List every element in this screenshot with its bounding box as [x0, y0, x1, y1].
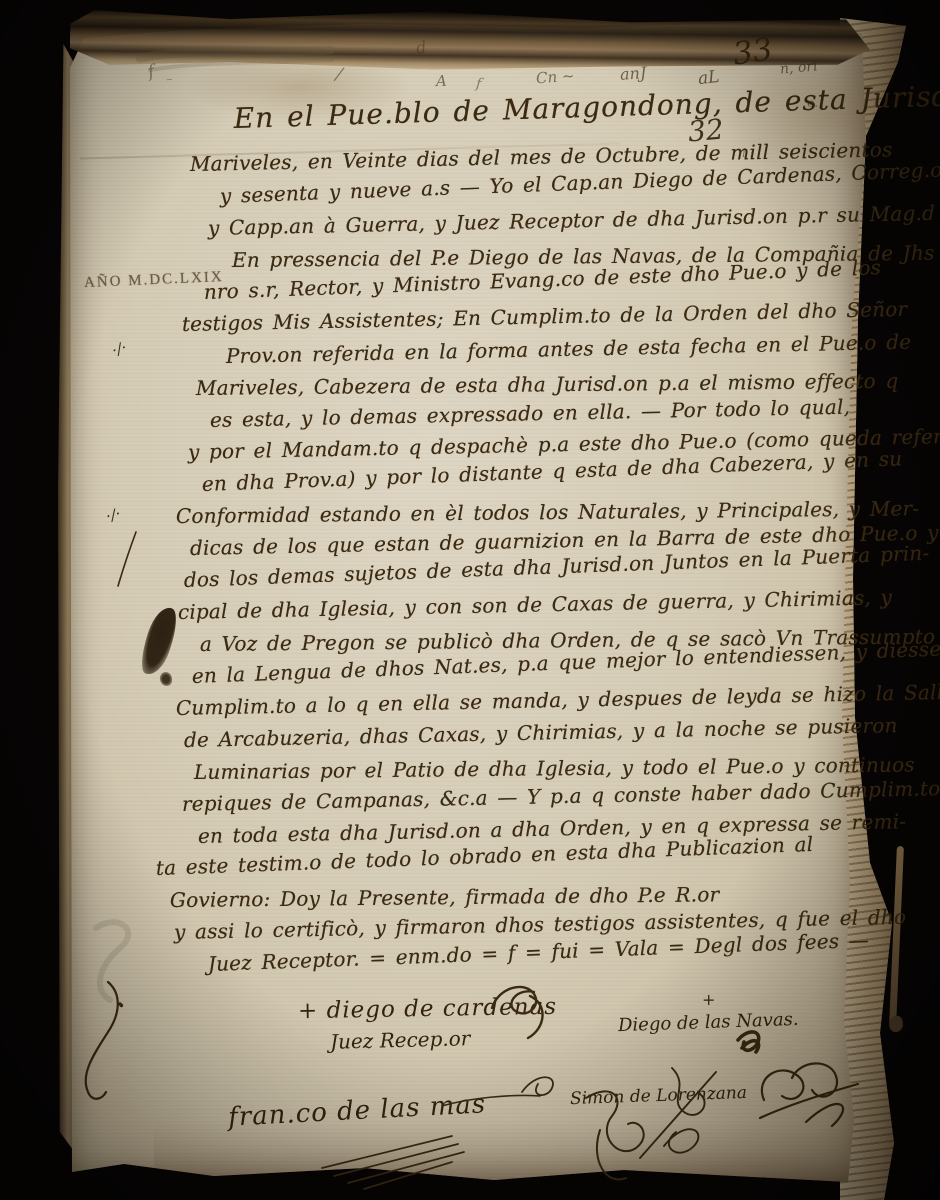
signature-navas-cross: +	[702, 990, 715, 1009]
photograph-frame: f–d/AfCn ~anJaLn, ori'e.i : 33 32 AÑO M.…	[0, 0, 940, 1200]
ink-fragment: Cn ~	[535, 67, 575, 88]
signature-name: diego de cardenas	[326, 994, 557, 1024]
binding-cord	[889, 846, 904, 1026]
paper-stain	[154, 1120, 894, 1200]
ink-fragment: A	[436, 72, 447, 90]
ink-fragment: n, ori	[779, 58, 818, 77]
signature-cross: +	[298, 998, 319, 1024]
ink-fragment: aL	[697, 67, 720, 89]
manuscript-body: En el Pue.blo de Maragondong, de esta Ju…	[176, 102, 866, 984]
page-number-33: 33	[731, 31, 775, 72]
ink-fragment: anJ	[619, 63, 647, 84]
signature-cardenas-title: Juez Recep.or	[330, 1026, 471, 1054]
binding-cord-knot	[887, 1015, 904, 1034]
signature-diego-de-cardenas: + diego de cardenas	[298, 994, 557, 1025]
ink-fragment: –	[165, 72, 173, 87]
